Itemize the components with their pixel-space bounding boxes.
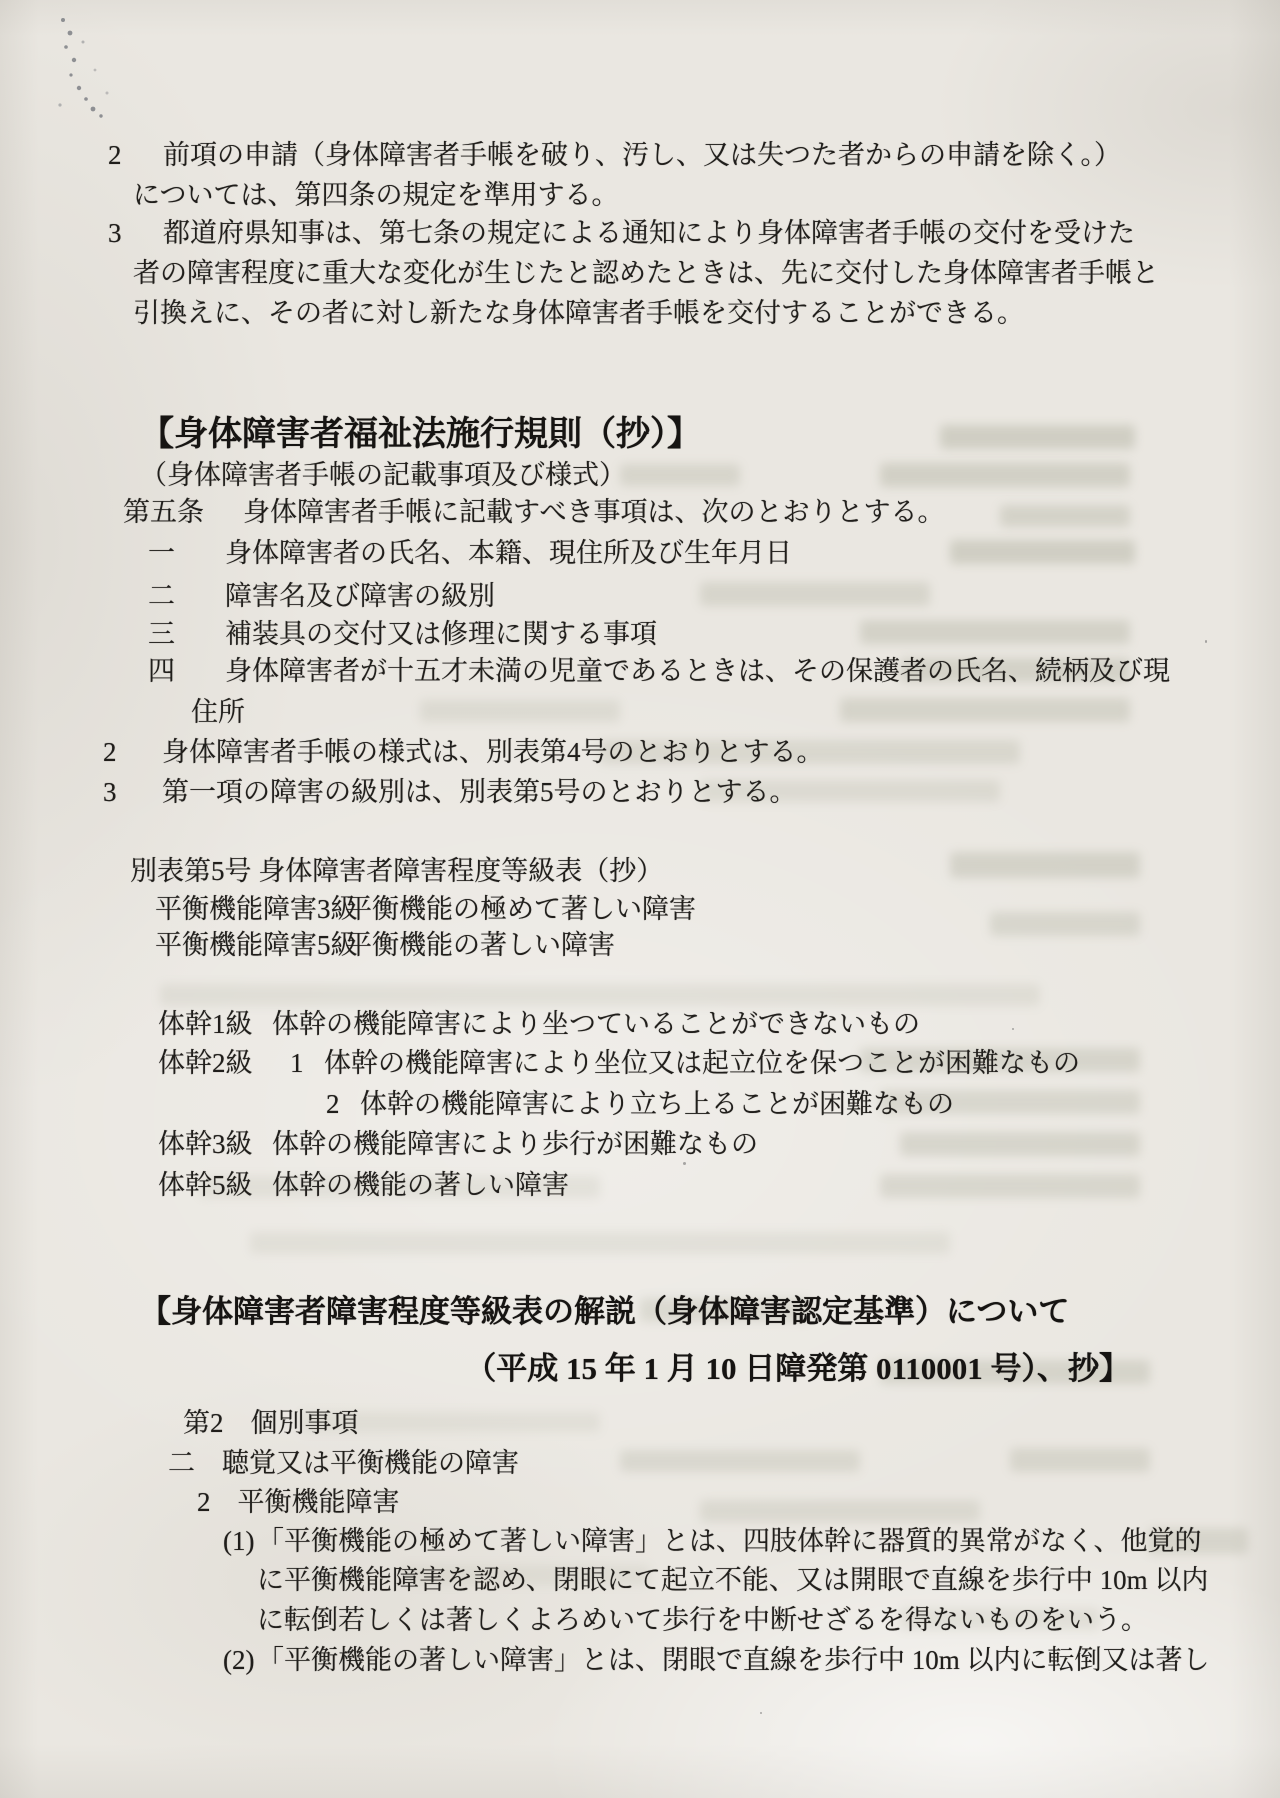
trunk-grade-2-item-1-desc: 体幹の機能障害により坐位又は起立位を保つことが困難なもの	[324, 1050, 1080, 1077]
criteria-subsubsection-label: 2 平衡機能障害	[197, 1489, 400, 1516]
para-2-line-2: については、第四条の規定を準用する。	[133, 182, 618, 209]
balance-grade-5-desc: 平衡機能の著しい障害	[345, 932, 615, 959]
article5-item-2-text: 障害名及び障害の級別	[225, 583, 495, 610]
para-3-line-3: 引換えに、その者に対し新たな身体障害者手帳を交付することができる。	[133, 300, 1024, 327]
bleed-through-smudge	[860, 620, 1130, 644]
trunk-grade-1-label: 体幹1級	[158, 1011, 253, 1038]
article5-item-4-continuation: 住所	[191, 699, 245, 726]
scanned-document-page: 2 前項の申請（身体障害者手帳を破り、汚し、又は失つた者からの申請を除く。） に…	[0, 0, 1280, 1798]
bleed-through-smudge	[880, 463, 1130, 487]
bleed-through-smudge	[940, 425, 1135, 449]
bleed-through-smudge	[900, 1132, 1140, 1156]
para-3-line-1: 都道府県知事は、第七条の規定による通知により身体障害者手帳の交付を受けた	[163, 220, 1135, 247]
scan-speck	[760, 1712, 762, 1714]
bleed-through-smudge	[1000, 505, 1130, 527]
article5-item-1-text: 身体障害者の氏名、本籍、現住所及び生年月日	[225, 540, 792, 567]
trunk-grade-2-item-1-number: 1	[290, 1050, 304, 1077]
article5-para-3-number: 3	[103, 779, 117, 806]
article5-para-2-text: 身体障害者手帳の様式は、別表第4号のとおりとする。	[162, 739, 824, 766]
rule-section-subtitle: （身体障害者手帳の記載事項及び様式）	[140, 462, 626, 489]
bleed-through-smudge	[1010, 1448, 1150, 1472]
balance-grade-3-label: 平衡機能障害3級	[155, 896, 358, 923]
article5-item-3-text: 補装具の交付又は修理に関する事項	[225, 621, 657, 648]
bleed-through-smudge	[160, 984, 1040, 1006]
article5-item-1-number: 一	[148, 540, 175, 567]
bleed-through-smudge	[250, 1232, 950, 1254]
article5-item-3-number: 三	[148, 621, 175, 648]
para-2-line-1: 前項の申請（身体障害者手帳を破り、汚し、又は失つた者からの申請を除く。）	[163, 142, 1121, 169]
trunk-grade-3-label: 体幹3級	[158, 1131, 253, 1158]
para-2-number: 2	[108, 142, 122, 169]
article5-text: 身体障害者手帳に記載すべき事項は、次のとおりとする。	[243, 499, 944, 526]
trunk-grade-2-label: 体幹2級	[158, 1050, 253, 1077]
pencil-marks	[0, 0, 140, 140]
article5-para-3-text: 第一項の障害の級別は、別表第5号のとおりとする。	[162, 779, 797, 806]
article5-item-2-number: 二	[148, 583, 175, 610]
bleed-through-smudge	[990, 912, 1140, 936]
bleed-through-smudge	[700, 582, 930, 606]
scan-speck	[1205, 640, 1207, 643]
trunk-grade-5-label: 体幹5級	[158, 1172, 253, 1199]
bleed-through-smudge	[950, 852, 1140, 878]
criteria-item-1-number: (1)	[223, 1528, 254, 1555]
trunk-grade-5-desc: 体幹の機能の著しい障害	[272, 1172, 569, 1199]
article5-para-2-number: 2	[103, 739, 117, 766]
trunk-grade-1-desc: 体幹の機能障害により坐つていることができないもの	[272, 1011, 920, 1038]
criteria-heading-line-2: （平成 15 年 1 月 10 日障発第 0110001 号）、抄】	[465, 1353, 1130, 1384]
balance-grade-3-desc: 平衡機能の極めて著しい障害	[345, 896, 696, 923]
criteria-heading-line-1: 【身体障害者障害程度等級表の解説（身体障害認定基準）について	[140, 1296, 1069, 1327]
trunk-grade-3-desc: 体幹の機能障害により歩行が困難なもの	[272, 1131, 758, 1158]
article5-item-4-number: 四	[148, 658, 175, 685]
scan-speck	[683, 1162, 686, 1165]
rule-section-heading: 【身体障害者福祉法施行規則（抄）】	[140, 418, 701, 452]
table5-title: 別表第5号 身体障害者障害程度等級表（抄）	[130, 858, 663, 885]
criteria-subsection-label: 二 聴覚又は平衡機能の障害	[168, 1450, 519, 1477]
bleed-through-smudge	[880, 1174, 1140, 1198]
criteria-item-1-line-1: 「平衡機能の極めて著しい障害」とは、四肢体幹に器質的異常がなく、他覚的	[257, 1528, 1201, 1555]
criteria-item-1-line-3: に転倒若しくは著しくよろめいて歩行を中断せざるを得ないものをいう。	[257, 1607, 1148, 1634]
scan-speck	[1012, 1028, 1014, 1030]
bleed-through-smudge	[620, 464, 740, 486]
bleed-through-smudge	[620, 1450, 860, 1472]
criteria-item-1-line-2: に平衡機能障害を認め、閉眼にて起立不能、又は開眼で直線を歩行中 10m 以内	[257, 1567, 1208, 1594]
article5-item-4-text: 身体障害者が十五才未満の児童であるときは、その保護者の氏名、続柄及び現	[225, 658, 1170, 685]
criteria-item-2-number: (2)	[223, 1647, 254, 1674]
trunk-grade-2-item-2-number: 2	[326, 1091, 340, 1118]
balance-grade-5-label: 平衡機能障害5級	[155, 932, 358, 959]
bleed-through-smudge	[700, 1500, 980, 1522]
bleed-through-smudge	[950, 540, 1135, 564]
para-3-number: 3	[108, 220, 122, 247]
trunk-grade-2-item-2-desc: 体幹の機能障害により立ち上ることが困難なもの	[360, 1091, 954, 1118]
para-3-line-2: 者の障害程度に重大な変化が生じたと認めたときは、先に交付した身体障害者手帳と	[133, 260, 1159, 287]
criteria-item-2-line-1: 「平衡機能の著しい障害」とは、閉眼で直線を歩行中 10m 以内に転倒又は著し	[257, 1647, 1210, 1674]
bleed-through-smudge	[840, 698, 1130, 722]
article5-label: 第五条	[123, 499, 204, 526]
criteria-section-label: 第2 個別事項	[183, 1410, 359, 1437]
bleed-through-smudge	[420, 700, 620, 722]
